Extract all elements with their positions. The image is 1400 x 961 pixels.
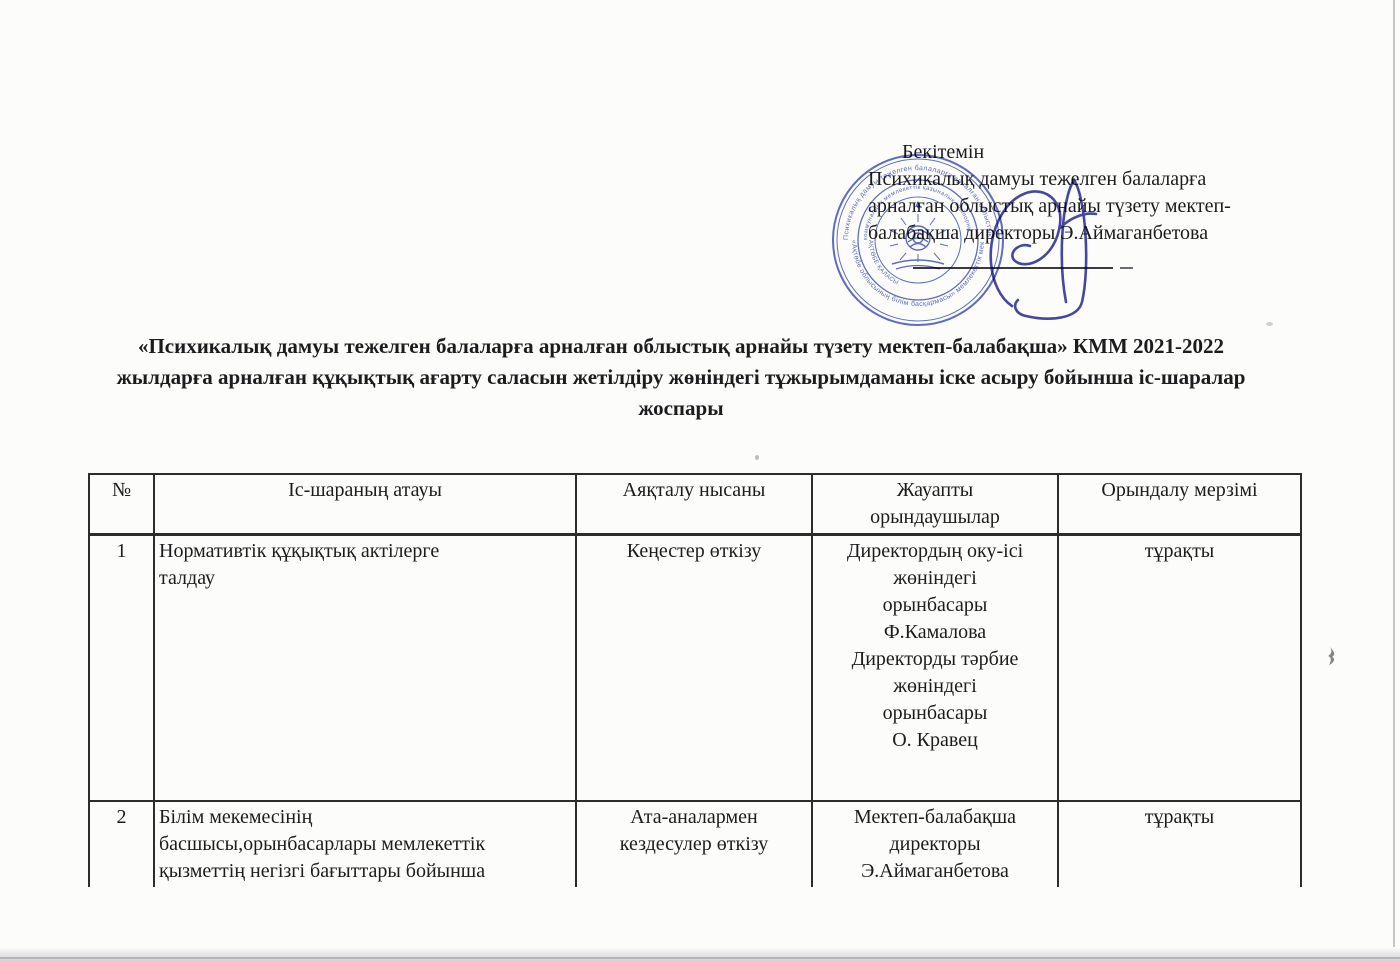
ink-speck xyxy=(1266,322,1273,326)
column-header-form: Аяқталу нысаны xyxy=(576,474,812,535)
signature-scribble xyxy=(968,168,1138,328)
cell-number: 1 xyxy=(89,535,154,802)
table-row: 1 Нормативтік құқықтық актілерге талдау … xyxy=(89,535,1301,802)
cell-deadline: тұрақты xyxy=(1058,535,1301,802)
cell-activity: Білім мекемесінің басшысы,орынбасарлары … xyxy=(154,801,576,887)
scan-edge-right xyxy=(1393,0,1395,961)
cell-activity: Нормативтік құқықтық актілерге талдау xyxy=(154,535,576,802)
scan-edge-bottom-line xyxy=(0,957,1400,959)
column-header-responsible: Жауапты орындаушылар xyxy=(812,474,1058,535)
ink-speck xyxy=(1324,645,1340,667)
cell-responsible: Мектеп-балабақша директоры Э.Аймаганбето… xyxy=(812,801,1058,887)
scanned-document-page: Бекітемін Психикалық дамуы тежелген бала… xyxy=(0,0,1400,961)
svg-text:«Ақтөбе облысының білім басқар: «Ақтөбе облысының білім басқармасы» мемл… xyxy=(830,152,986,308)
cell-form: Кеңестер өткізу xyxy=(576,535,812,802)
kazakhstan-emblem-icon xyxy=(890,201,948,269)
document-title: «Психикалық дамуы тежелген балаларға арн… xyxy=(70,331,1292,424)
ink-speck xyxy=(755,455,759,460)
cell-deadline: тұрақты xyxy=(1058,801,1301,887)
plan-table: № Іс-шараның атауы Аяқталу нысаны Жауапт… xyxy=(88,473,1302,887)
cell-number: 2 xyxy=(89,801,154,887)
stamp-ring-outer-bottom-text: «Ақтөбе облысының білім басқармасы» мемл… xyxy=(830,152,986,308)
column-header-deadline: Орындалу мерзімі xyxy=(1058,474,1301,535)
cell-form: Ата-аналармен кездесулер өткізу xyxy=(576,801,812,887)
column-header-number: № xyxy=(89,474,154,535)
column-header-activity: Іс-шараның атауы xyxy=(154,474,576,535)
table-header-row: № Іс-шараның атауы Аяқталу нысаны Жауапт… xyxy=(89,474,1301,535)
table-row: 2 Білім мекемесінің басшысы,орынбасарлар… xyxy=(89,801,1301,887)
cell-responsible: Директордың оку-ісі жөніндегі орынбасары… xyxy=(812,535,1058,802)
